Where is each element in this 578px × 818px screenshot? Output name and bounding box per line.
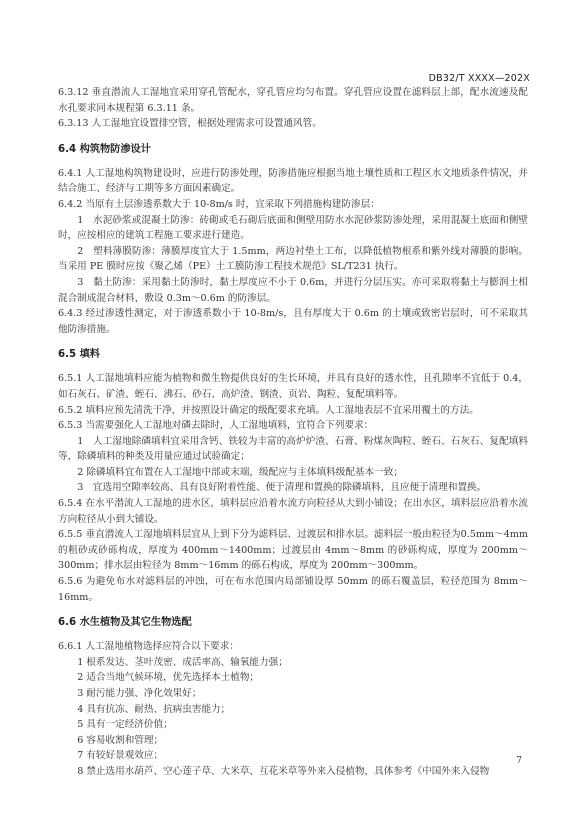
section-heading-6-4: 6.4 构筑物防渗设计 [58,142,528,157]
clause-6-3-13: 6.3.13 人工湿地宜设置排空管，根据处理需求可设置通风管。 [58,116,528,132]
document-page: DB32/T XXXX—202X 6.3.12 垂直潜流人工湿地宜采用穿孔管配水… [0,0,578,818]
clause-6-5-1: 6.5.1 人工湿地填料应能为植物和微生物提供良好的生长环境，并具有良好的透水性… [58,371,528,402]
standard-code-header: DB32/T XXXX—202X [429,73,530,84]
page-content: 6.3.12 垂直潜流人工湿地宜采用穿孔管配水，穿孔管应均匀布置。穿孔管应设置在… [58,85,528,780]
plant-requirement-item: 2 适合当地气候环境，优先选择本土植物； [58,670,528,686]
clause-6-5-5: 6.5.5 垂直潜流人工湿地填料层宜从上到下分为滤料层、过渡层和排水层。滤料层一… [58,527,528,574]
clause-6-5-2: 6.5.2 填料应预先清洗干净，并按照设计确定的级配要求充填。人工湿地表层不宜采… [58,403,528,419]
section-heading-6-6: 6.6 水生植物及其它生物选配 [58,615,528,630]
plant-requirement-item: 4 具有抗冻、耐热、抗病虫害能力； [58,702,528,718]
plant-requirement-item: 7 有较好景观效应； [58,748,528,764]
clause-6-5-6: 6.5.6 为避免布水对滤料层的冲蚀，可在布水范围内局部铺设厚 50mm 的砾石… [58,574,528,605]
page-number: 7 [516,756,522,766]
plant-requirement-item: 5 具有一定经济价值； [58,717,528,733]
clause-6-5-4: 6.5.4 在水平潜流人工湿地的进水区，填料层应沿着水流方向粒径从大到小铺设；在… [58,496,528,527]
clause-6-5-3-item-2: 2 除磷填料宜布置在人工湿地中部或末端，级配应与主体填料级配基本一致； [58,465,528,481]
plant-requirement-item: 1 根系发达、茎叶茂密、成活率高、输氧能力强； [58,655,528,671]
plant-requirement-item: 8 禁止选用水葫芦、空心莲子草、大米草、互花米草等外来入侵植物，具体参考《中国外… [58,764,528,780]
clause-6-4-1: 6.4.1 人工湿地构筑物建设时，应进行防渗处理，防渗措施应根据当地土壤性质和工… [58,166,528,197]
clause-6-5-3-item-3: 3 宜选用空隙率较高、具有良好附着性能、便于清理和置换的除磷填料，且应便于清理和… [58,480,528,496]
clause-6-4-3: 6.4.3 经过渗透性测定，对于渗透系数小于 10-8m/s，且有厚度大于 0.… [58,306,528,337]
plant-requirement-item: 3 耐污能力强、净化效果好； [58,686,528,702]
clause-6-4-2-item-2: 2 塑料薄膜防渗：薄膜厚度宜大于 1.5mm，两边衬垫土工布，以降低植物根系和紫… [58,244,528,275]
clause-6-5-3: 6.5.3 当需要强化人工湿地对磷去除时，人工湿地填料，宜符合下列要求： [58,418,528,434]
clause-6-6-1: 6.6.1 人工湿地植物选择应符合以下要求： [58,639,528,655]
clause-6-4-2: 6.4.2 当原有土层渗透系数大于 10-8m/s 时，宜采取下列措施构建防渗层… [58,197,528,213]
clause-6-4-2-item-3: 3 黏土防渗：采用黏土防渗时，黏土厚度应不小于 0.6m，并进行分层压实。亦可采… [58,275,528,306]
clause-6-3-12: 6.3.12 垂直潜流人工湿地宜采用穿孔管配水，穿孔管应均匀布置。穿孔管应设置在… [58,85,528,116]
plant-requirement-item: 6 容易收割和管理； [58,733,528,749]
section-heading-6-5: 6.5 填料 [58,347,528,362]
clause-6-5-3-item-1: 1 人工湿地除磷填料宜采用含钙、铁较为丰富的高炉炉渣、石膏、粉煤灰陶粒、蛭石、石… [58,434,528,465]
clause-6-4-2-item-1: 1 水泥砂浆或混凝土防渗：砖砌或毛石砌后底面和侧壁用防水水泥砂浆防渗处理，采用混… [58,213,528,244]
